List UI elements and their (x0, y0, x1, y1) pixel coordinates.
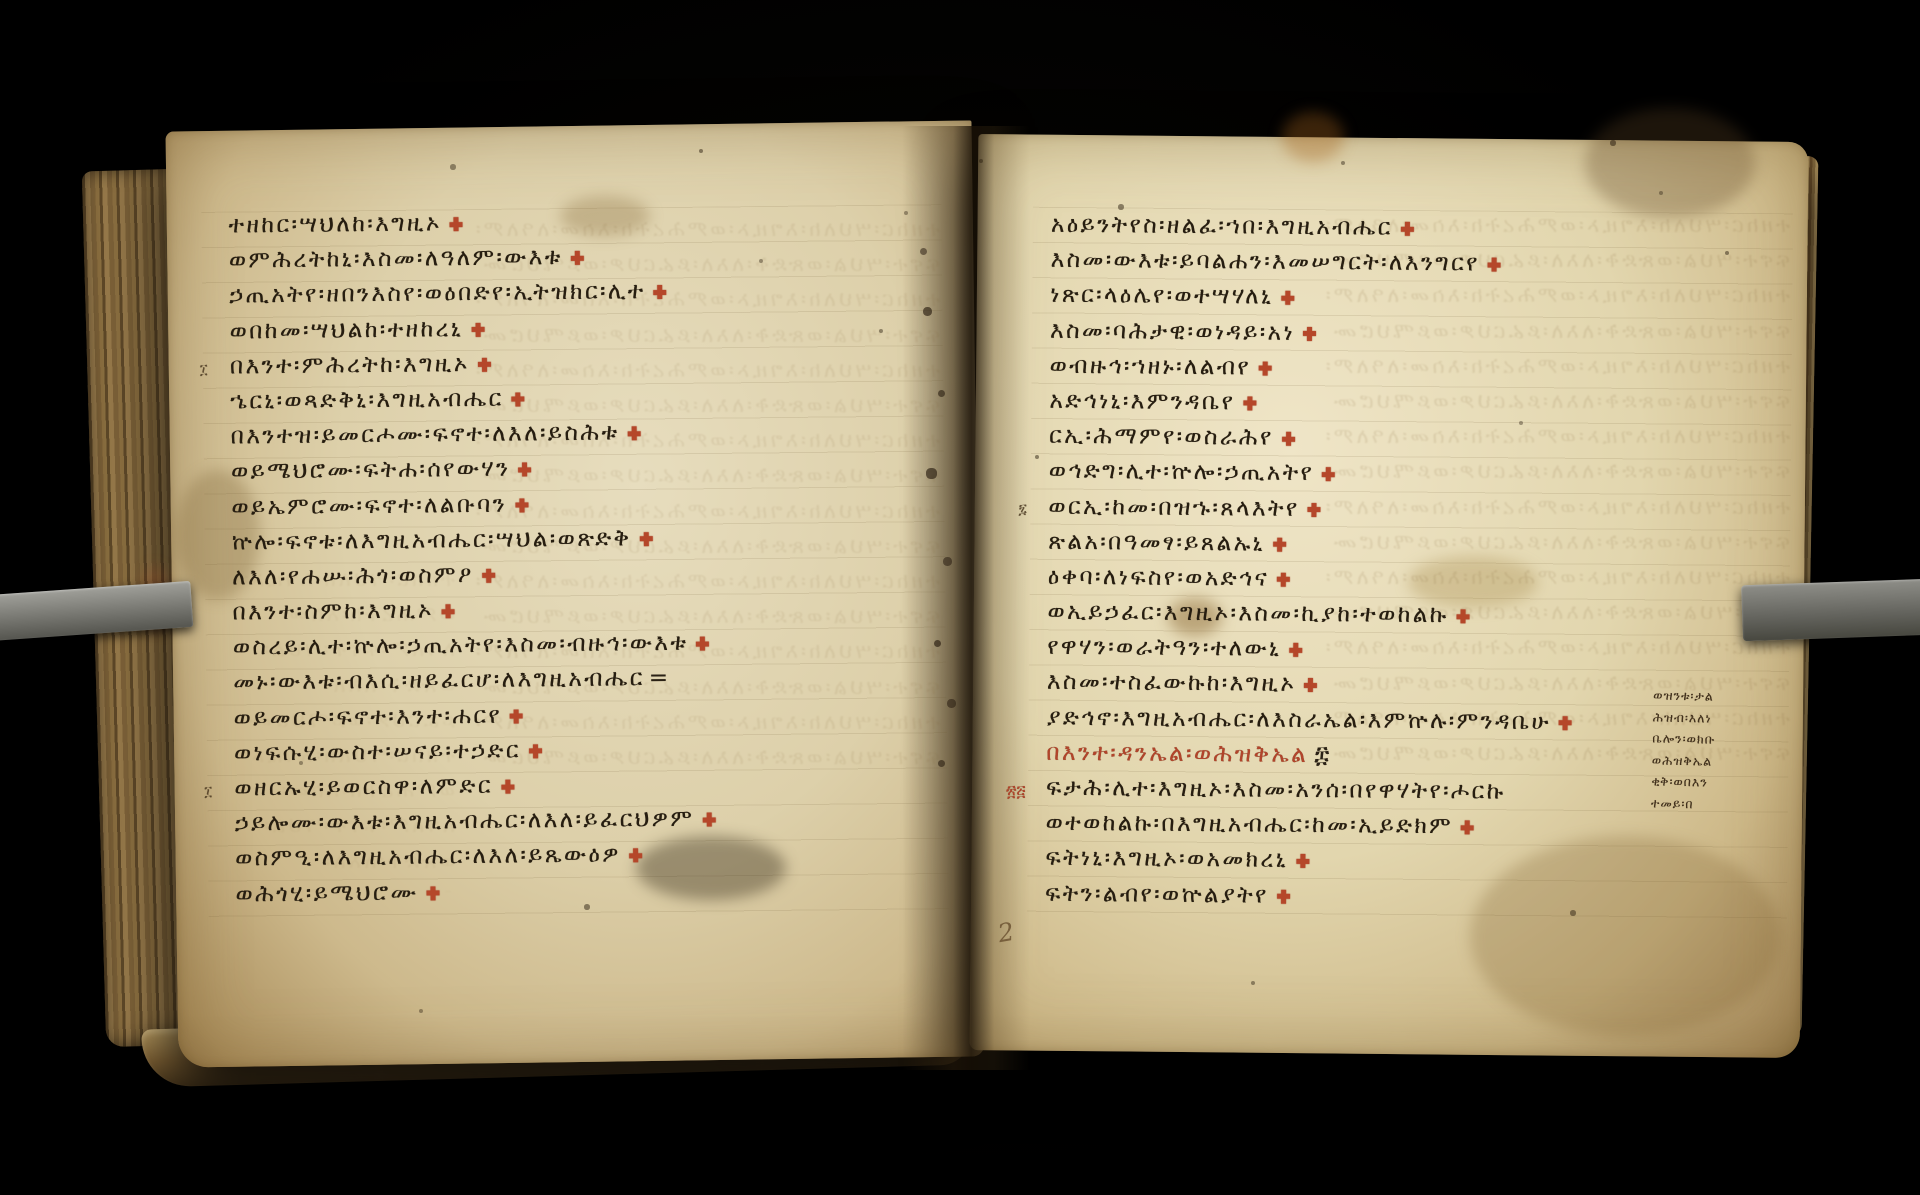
red-cross-divider-icon (1303, 326, 1316, 340)
red-cross-divider-icon (450, 217, 463, 231)
red-cross-divider-icon (442, 604, 455, 618)
verse-text: አድኅነኒ፡እምንዳቤየ (1049, 388, 1235, 416)
red-cross-divider-icon (702, 813, 715, 827)
dirt-specks (0, 0, 2, 2)
marginal-gloss-line: ተመይ፡በ (1651, 792, 1805, 817)
red-cross-divider-icon (1282, 432, 1295, 446)
manuscript-text-line: ኃይሎሙ፡ውእቱ፡እግዚአብሔር፡ለእለ፡ይፈርህዎም (235, 802, 716, 842)
red-cross-divider-icon (1277, 573, 1290, 587)
manuscript-text-line: ወስረይ፡ሊተ፡ኵሎ፡ኃጢአትየ፡እስመ፡ብዙኅ፡ውእቱ (233, 626, 714, 666)
verse-text: ለእለ፡የሐሡ፡ሕጎ፡ወስምዖ (232, 562, 474, 591)
red-cross-divider-icon (501, 780, 514, 794)
rubric-text: በእንተ፡ዳንኤል፡ወሕዝቅኤል (1046, 740, 1308, 768)
manuscript-text-line: ወበከመ፡ሣህልከ፡ተዘከረኒ (229, 309, 710, 349)
right-cradle-strap (1741, 579, 1920, 642)
verse-text: ጽልአ፡በዓመፃ፡ይጸልኡኒ (1048, 528, 1265, 556)
marginal-gloss-line: ቤሎን፡ወክቡ (1652, 727, 1806, 752)
gutter-mold-spots (0, 0, 3, 3)
red-cross-divider-icon (1304, 678, 1317, 692)
verse-text: ወይኤምሮሙ፡ፍኖተ፡ለልቡባን (231, 491, 507, 520)
red-cross-divider-icon (1243, 396, 1256, 410)
manuscript-text-line: ፲በእንተ፡ምሕረትከ፡እግዚኦ (230, 344, 711, 384)
red-cross-divider-icon (1488, 258, 1501, 272)
manuscript-text-line: ፲ወዘርኡሂ፡ይወርስዋ፡ለምድር (234, 766, 715, 806)
red-cross-divider-icon (518, 463, 531, 477)
red-cross-divider-icon (639, 532, 652, 546)
red-cross-divider-icon (1296, 854, 1309, 868)
verse-text: ኄርኒ፡ወጻድቅኒ፡እግዚአብሔር (230, 386, 504, 415)
red-cross-divider-icon (529, 744, 542, 758)
verse-text: ኃይሎሙ፡ውእቱ፡እግዚአብሔር፡ለእለ፡ይፈርህዎም (235, 806, 695, 837)
verse-text: ወይመርሖ፡ፍኖተ፡እንተ፡ሐርየ (234, 702, 503, 731)
manuscript-text-line: ፍትን፡ልብየ፡ወኵልያትየ (1045, 876, 1571, 916)
manuscript-text-line: ጽልአ፡በዓመፃ፡ይጸልኡኒ (1048, 524, 1574, 564)
manuscript-text-line: እስመ፡ተስፈውኩከ፡እግዚኦ (1047, 665, 1573, 705)
red-cross-divider-icon (1307, 502, 1320, 516)
red-cross-divider-icon (654, 285, 667, 299)
verse-text: ዕቀባ፡ለነፍስየ፡ወአድኅና (1048, 564, 1269, 592)
manuscript-text-line: ፳፭ፍታሕ፡ሊተ፡እግዚኦ፡እስመ፡አንሰ፡በየዋሃትየ፡ሖርኩ (1046, 771, 1572, 811)
red-cross-divider-icon (1322, 467, 1335, 481)
manuscript-text-line: ወይሜህሮሙ፡ፍትሐ፡ሰየውሃን (231, 450, 712, 490)
manuscript-text-line: ለእለ፡የሐሡ፡ሕጎ፡ወስምዖ (232, 555, 713, 595)
red-cross-divider-icon (1277, 889, 1290, 903)
verse-text: ወዘርኡሂ፡ይወርስዋ፡ለምድር (234, 773, 493, 802)
manuscript-text-line: ኄርኒ፡ወጻድቅኒ፡እግዚአብሔር (230, 379, 711, 419)
verse-text: ወተወከልኩ፡በእግዚአብሔር፡ከመ፡ኢይድክም (1046, 810, 1454, 840)
manuscript-text-line: ወምሕረትከኒ፡እስመ፡ለዓለም፡ውእቱ (229, 239, 710, 279)
verse-text: ወርኢ፡ከመ፡በዝኁ፡ጸላእትየ (1048, 493, 1299, 521)
red-cross-divider-icon (482, 569, 495, 583)
marginal-gloss-line: ወዝንቱ፡ታል (1653, 684, 1807, 709)
red-cross-divider-icon (627, 426, 640, 440)
manuscript-text-line: በእንተ፡ስምከ፡እግዚኦ (232, 591, 713, 631)
marginal-numeral: ፲ (204, 775, 212, 810)
manuscript-text-line: ያድኅኖ፡እግዚአብሔር፡ለእስራኤል፡እምኵሉ፡ምንዳቤሁ (1046, 700, 1572, 740)
verse-text: ኵሎ፡ፍኖቱ፡ለእግዚአብሔር፡ሣህል፡ወጽድቅ (232, 525, 632, 555)
verse-text: አዕይንትየስ፡ዘልፈ፡ኀበ፡እግዚአብሔር (1051, 212, 1393, 241)
verse-text: በእንተ፡ምሕረትከ፡እግዚኦ (230, 351, 470, 380)
verse-text: መኑ፡ውእቱ፡ብእሲ፡ዘይፈርሆ፡ለእግዚአብሔር (233, 666, 645, 696)
manuscript-text-line: ወይኤምሮሙ፡ፍኖተ፡ለልቡባን (231, 485, 712, 525)
red-cross-divider-icon (510, 709, 523, 723)
verse-text: ወስምዒ፡ለእግዚአብሔር፡ለእለ፡ይጼውዕዎ (235, 842, 621, 872)
red-cross-divider-icon (571, 251, 584, 265)
verse-text: ወብዙኅ፡ኀዘኑ፡ለልብየ (1050, 352, 1252, 380)
manuscript-text-line: በእንተዝ፡ይመርሖሙ፡ፍኖተ፡ለእለ፡ይስሕቱ (231, 415, 712, 455)
verse-text: ወበከመ፡ሣህልከ፡ተዘከረኒ (229, 316, 463, 344)
marginal-numeral: ፯ (1018, 492, 1027, 527)
right-page-text-block: አዕይንትየስ፡ዘልፈ፡ኀበ፡እግዚአብሔርእስመ፡ውእቱ፡ይባልሐን፡እመሠግ… (1045, 208, 1577, 916)
marginal-numeral: ፲ (200, 353, 208, 388)
manuscript-text-line: ፍትነኒ፡እግዚኦ፡ወአመክረኒ (1045, 841, 1571, 881)
manuscript-text-line: አዕይንትየስ፡ዘልፈ፡ኀበ፡እግዚአብሔር (1051, 208, 1577, 248)
red-cross-divider-icon (512, 392, 525, 406)
marginal-numeral: ፳፭ (1006, 773, 1026, 808)
verse-text: በእንተዝ፡ይመርሖሙ፡ፍኖተ፡ለእለ፡ይስሕቱ (231, 420, 620, 450)
red-cross-divider-icon (629, 849, 642, 863)
numeral-mark: ፰ (1314, 742, 1332, 768)
red-cross-divider-icon (426, 886, 439, 900)
marginal-gloss-line: ቂቅ፡ወበእን (1651, 770, 1805, 795)
red-cross-divider-icon (471, 322, 484, 336)
red-cross-divider-icon (1401, 222, 1414, 236)
manuscript-text-line: ወተወከልኩ፡በእግዚአብሔር፡ከመ፡ኢይድክም (1046, 806, 1572, 846)
verse-text: ፍትነኒ፡እግዚኦ፡ወአመክረኒ (1045, 845, 1288, 873)
verse-text: ወሕጎሂ፡ይሜህሮሙ (235, 879, 418, 907)
verse-text: ወኅድግ፡ሊተ፡ኵሎ፡ኃጢአትየ (1049, 458, 1315, 486)
verse-text: ርኢ፡ሕማምየ፡ወስራሕየ (1049, 423, 1274, 451)
manuscript-text-line: ወስምዒ፡ለእግዚአብሔር፡ለእለ፡ይጼውዕዎ (235, 837, 716, 877)
manuscript-text-line: እስመ፡ውእቱ፡ይባልሐን፡እመሠግርት፡ለእንግርየ (1050, 243, 1576, 283)
verse-text: እስመ፡ተስፈውኩከ፡እግዚኦ (1047, 669, 1297, 697)
red-cross-divider-icon (1559, 716, 1572, 730)
verse-text: እስመ፡ባሕታዊ፡ወነዳይ፡አነ (1050, 317, 1295, 345)
manuscript-text-line: ዕቀባ፡ለነፍስየ፡ወአድኅና (1048, 560, 1574, 600)
photograph-of-open-manuscript: ተዘከር፡ሣህለከ፡እግዚኦ፡ወምሕረትከ፡እስመ፡ለዓለም፡ፍኖተ፡ሣህል፡ወ… (0, 0, 1920, 1195)
verse-text: በእንተ፡ስምከ፡እግዚኦ (232, 597, 434, 625)
verse-text: ወነፍሱሂ፡ውስተ፡ሠናይ፡ተኃድር (234, 737, 521, 766)
verse-text: ኃጢአትየ፡ዘበንእስየ፡ወዕበድየ፡ኢትዝክር፡ሊተ (229, 279, 646, 309)
marginal-gloss: ወዝንቱ፡ታልሕዝብ፡እለነቤሎን፡ወክቡወሕዝቅኤልቂቅ፡ወበእንተመይ፡በ (1651, 684, 1808, 827)
red-cross-divider-icon (1273, 537, 1286, 551)
manuscript-text-line: በእንተ፡ዳንኤል፡ወሕዝቅኤል፰ (1046, 736, 1572, 776)
verse-text: ወስረይ፡ሊተ፡ኵሎ፡ኃጢአትየ፡እስመ፡ብዙኅ፡ውእቱ (233, 630, 689, 661)
manuscript-text-line: መኑ፡ውእቱ፡ብእሲ፡ዘይፈርሆ፡ለእግዚአብሔር= (233, 661, 714, 701)
manuscript-text-line: አድኅነኒ፡እምንዳቤየ (1049, 384, 1575, 424)
manuscript-text-line: ወኢይኃፈር፡እግዚኦ፡እስመ፡ኪያከ፡ተወከልኩ (1047, 595, 1573, 635)
verse-text: ያድኅኖ፡እግዚአብሔር፡ለእስራኤል፡እምኵሉ፡ምንዳቤሁ (1047, 704, 1552, 734)
red-cross-divider-icon (696, 637, 709, 651)
verse-text: የዋሃን፡ወራትዓን፡ተለውኒ (1047, 634, 1281, 662)
red-cross-divider-icon (515, 498, 528, 512)
verse-text: ወምሕረትከኒ፡እስመ፡ለዓለም፡ውእቱ (229, 244, 563, 273)
verse-text: ፍትን፡ልብየ፡ወኵልያትየ (1045, 880, 1269, 908)
manuscript-text-line: እስመ፡ባሕታዊ፡ወነዳይ፡አነ (1050, 313, 1576, 353)
manuscript-text-line: ወብዙኅ፡ኀዘኑ፡ለልብየ (1050, 348, 1576, 388)
manuscript-text-line: ተዘከር፡ሣህለከ፡እግዚኦ (228, 204, 709, 244)
red-cross-divider-icon (1289, 643, 1302, 657)
manuscript-text-line: ነጽር፡ላዕሌየ፡ወተሣሃለኒ (1050, 278, 1576, 318)
verse-text: ተዘከር፡ሣህለከ፡እግዚኦ (228, 210, 442, 238)
red-cross-divider-icon (1259, 361, 1272, 375)
manuscript-text-line: ወኅድግ፡ሊተ፡ኵሎ፡ኃጢአትየ (1049, 454, 1575, 494)
verse-text: ፍታሕ፡ሊተ፡እግዚኦ፡እስመ፡አንሰ፡በየዋሃትየ፡ሖርኩ (1046, 775, 1506, 805)
manuscript-text-line: ወይመርሖ፡ፍኖተ፡እንተ፡ሐርየ (233, 696, 714, 736)
verse-text: እስመ፡ውእቱ፡ይባልሐን፡እመሠግርት፡ለእንግርየ (1051, 247, 1480, 277)
manuscript-text-line: ወነፍሱሂ፡ውስተ፡ሠናይ፡ተኃድር (234, 731, 715, 771)
manuscript-text-line: ርኢ፡ሕማምየ፡ወስራሕየ (1049, 419, 1575, 459)
red-cross-divider-icon (1281, 291, 1294, 305)
line-end-mark: = (649, 665, 671, 691)
verse-text: ወኢይኃፈር፡እግዚኦ፡እስመ፡ኪያከ፡ተወከልኩ (1047, 599, 1448, 628)
manuscript-text-line: ኃጢአትየ፡ዘበንእስየ፡ወዕበድየ፡ኢትዝክር፡ሊተ (229, 274, 710, 314)
manuscript-text-line: ኵሎ፡ፍኖቱ፡ለእግዚአብሔር፡ሣህል፡ወጽድቅ (232, 520, 713, 560)
manuscript-text-line: ፯ወርኢ፡ከመ፡በዝኁ፡ጸላእትየ (1048, 489, 1574, 529)
verse-text: ወይሜህሮሙ፡ፍትሐ፡ሰየውሃን (231, 456, 511, 485)
verse-text: ነጽር፡ላዕሌየ፡ወተሣሃለኒ (1050, 282, 1273, 310)
red-cross-divider-icon (478, 358, 491, 372)
left-page-text-block: ተዘከር፡ሣህለከ፡እግዚኦወምሕረትከኒ፡እስመ፡ለዓለም፡ውእቱኃጢአትየ፡… (228, 204, 716, 913)
manuscript-text-line: ወሕጎሂ፡ይሜህሮሙ (235, 872, 716, 912)
red-cross-divider-icon (1461, 821, 1474, 835)
red-cross-divider-icon (1457, 609, 1470, 623)
manuscript-text-line: የዋሃን፡ወራትዓን፡ተለውኒ (1047, 630, 1573, 670)
